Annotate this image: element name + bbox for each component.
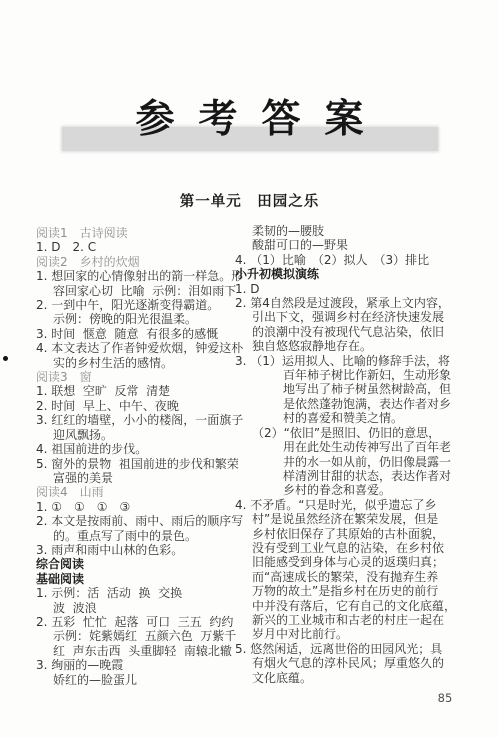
answer-line-cont1: 迎风飘扬。 [36,428,252,442]
answer-line-item: 1. 想回家的心情像射出的箭一样急。形 [36,269,252,283]
answer-line-item: 1. D [235,282,467,296]
answer-line-item: 2. 时间 早上、中午、夜晚 [36,399,252,413]
answer-line-cont1: 示例：傍晚的阳光很温柔。 [36,312,252,326]
answers-right-column: 柔韧的—腰肢酸甜可口的—野果4. （1）比喻 （2）拟人 （3）排比小升初模拟演… [235,224,467,685]
answer-line-cont1: 新兴的工业城市和古老的村庄一起在 [235,613,467,627]
answer-line-item: 4. 本文表达了作者钟爱炊烟，钟爱这朴 [36,341,252,355]
answer-line-cont1: 酸甜可口的—野果 [235,238,467,252]
answer-line-item: 3. 雨声和雨中山林的色彩。 [36,543,252,557]
answer-line-cont2: 地写出了柿子树虽然树龄高，但 [235,382,467,396]
answer-line-cont1: 有烟火气息的淳朴民风；厚重悠久的 [235,656,467,670]
answer-line-cont1: 旧能感受到身体与心灵的返璞归真； [235,555,467,569]
answer-line-cont2: 样清洌甘甜的状态，表达作者对 [235,469,467,483]
answer-line-section: 阅读1 古诗阅读 [36,226,252,240]
answer-key-page: 参考答案 第一单元 田园之乐 阅读1 古诗阅读1. D 2. C阅读2 乡村的炊… [0,0,499,738]
answer-line-cont1: （2）“依旧”是照旧、仍旧的意思， [235,426,467,440]
answer-line-cont1: 而“高速成长的繁荣，没有抛弃生养 [235,570,467,584]
answer-line-cont1: 红 声东击西 头重脚轻 南辕北辙 [36,644,252,658]
answer-line-item: 4. 不矛盾。“只是时光，似乎遗忘了乡 [235,498,467,512]
answer-line-cont1: 波 波浪 [36,601,252,615]
answer-line-item: 4. 祖国前进的步伐。 [36,442,252,456]
answer-line-cont1: 乡村依旧保存了其原始的古朴面貌， [235,527,467,541]
answer-line-cont2: 用在此处生动传神写出了百年老 [235,440,467,454]
answer-line-cont2: 井的水一如从前，仍旧像晨露一 [235,455,467,469]
answer-line-cont1: 万物的故土”是指乡村在历史的前行 [235,584,467,598]
answer-line-item: 1. D 2. C [36,240,252,254]
answer-line-cont1: 的。重点写了雨中的景色。 [36,529,252,543]
answer-line-cont1: 中并没有落后，它有自己的文化底蕴， [235,599,467,613]
answer-line-item: 3. 红红的墙壁，小小的楼阁，一面旗子 [36,413,252,427]
answer-line-item: 3. 绚丽的—晚霞 [36,658,252,672]
answer-line-cont1: 独自悠悠寂静地存在。 [235,339,467,353]
answer-line-cont1: 文化底蕴。 [235,671,467,685]
answer-line-bold: 基础阅读 [36,572,252,586]
answer-line-item: 4. （1）比喻 （2）拟人 （3）排比 [235,253,467,267]
answer-line-cont2: 村的喜爱和赞美之情。 [235,411,467,425]
answer-line-cont1: 的浪潮中没有被现代气息沾染，依旧 [235,325,467,339]
answer-line-cont1: 柔韧的—腰肢 [235,224,467,238]
page-number: 85 [430,691,460,705]
answer-line-section: 阅读2 乡村的炊烟 [36,255,252,269]
answer-line-cont1: 容回家心切 比喻 示例：泪如雨下 [36,284,252,298]
answer-line-cont1: 示例：姹紫嫣红 五颜六色 万紫千 [36,629,252,643]
scan-artifact-dot [3,356,8,361]
answer-line-cont1: 富强的美景 [36,471,252,485]
unit-heading: 第一单元 田园之乐 [0,190,499,211]
answer-line-cont1: 实的乡村生活的感情。 [36,356,252,370]
answer-line-item: 3. 时间 惬意 随意 有很多的感慨 [36,327,252,341]
answer-line-item: 5. 悠然闲适，远离世俗的田园风光；具 [235,642,467,656]
answer-line-cont1: 娇红的—脸蛋儿 [36,673,252,687]
answer-line-item: 2. 本文是按雨前、雨中、雨后的顺序写 [36,514,252,528]
answer-line-cont2: 是依然蓬勃饱满，表达作者对乡 [235,397,467,411]
answer-line-section: 阅读4 山雨 [36,485,252,499]
answers-left-column: 阅读1 古诗阅读1. D 2. C阅读2 乡村的炊烟1. 想回家的心情像射出的箭… [36,226,252,687]
answer-line-item: 2. 五彩 忙忙 起落 可口 三五 约约 [36,615,252,629]
answer-line-cont2: 乡村的眷念和喜爱。 [235,483,467,497]
answer-line-cont1: 没有受到工业气息的沾染，在乡村依 [235,541,467,555]
answer-line-item: 3. （1）运用拟人、比喻的修辞手法，将 [235,354,467,368]
answer-line-item: 5. 窗外的景物 祖国前进的步伐和繁荣 [36,457,252,471]
answer-line-bold: 小升初模拟演练 [235,267,467,281]
answer-line-item: 2. 第4自然段是过渡段，紧承上文内容， [235,296,467,310]
answer-line-item: 2. 一到中午，阳光逐渐变得霸道。 [36,298,252,312]
answer-line-bold: 综合阅读 [36,557,252,571]
answer-line-item: 1. 示例：活 活动 换 交换 [36,586,252,600]
answer-line-cont2: 百年柿子树比作新妇，生动形象 [235,368,467,382]
answer-line-cont1: 引出下文，强调乡村在经济快速发展 [235,310,467,324]
answer-line-section: 阅读3 窗 [36,370,252,384]
answer-line-cont1: 岁月中对比前行。 [235,627,467,641]
page-title: 参考答案 [0,88,499,144]
answer-line-item: 1. ① ① ① ③ [36,500,252,514]
answer-line-item: 1. 联想 空旷 反常 清楚 [36,384,252,398]
answer-line-cont1: 村”是说虽然经济在繁荣发展，但是 [235,512,467,526]
